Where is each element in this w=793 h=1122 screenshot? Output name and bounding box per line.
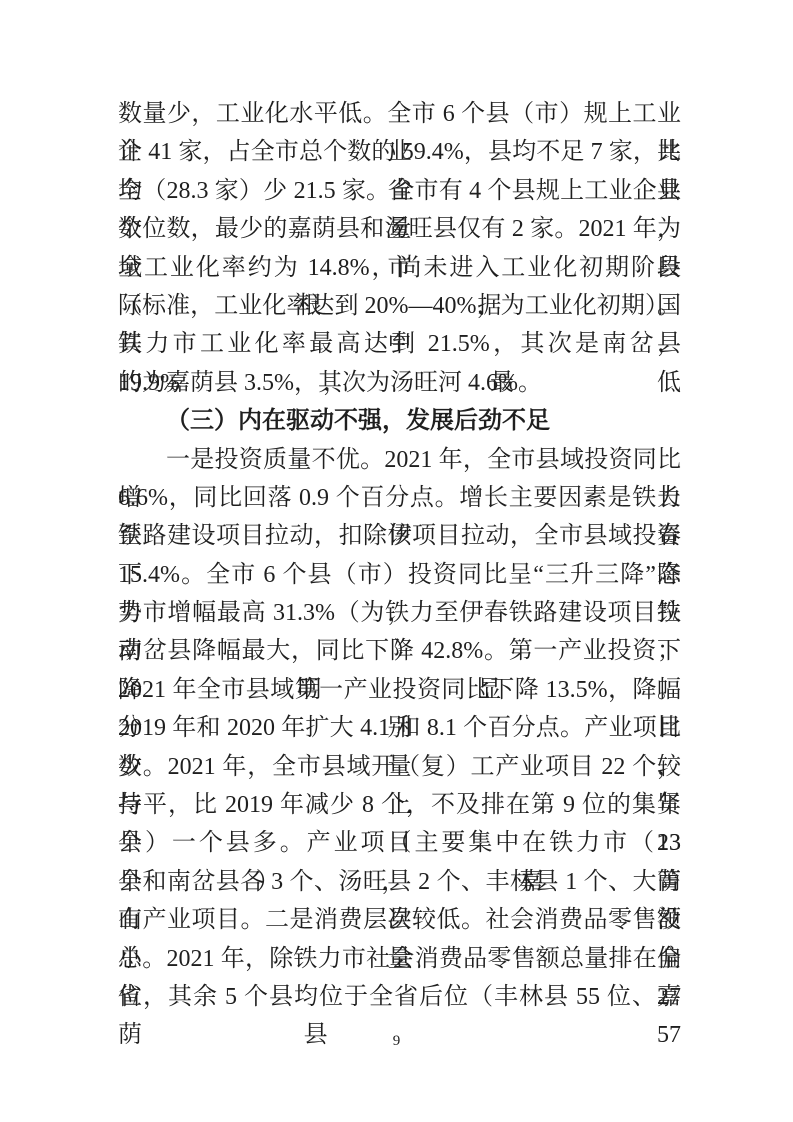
text-line: 计 41 家，占全市总个数的 59.4%，县均不足 7 家，比全省县 [118, 133, 681, 171]
text-line: 少。2021 年，全市县域开（复）工产业项目 22 个，与上年 [118, 748, 681, 786]
page-number: 9 [0, 1030, 793, 1052]
text-line: 2021 年全市县域第一产业投资同比下降 13.5%，降幅分别比 [118, 671, 681, 709]
document-page: 数量少，工业化水平低。全市 6 个县（市）规上工业企业共 计 41 家，占全市总… [0, 0, 793, 1122]
text-line: 铁路建设项目拉动，扣除该项目拉动，全市县域投资下降 [118, 517, 681, 555]
section-heading: （三）内在驱动不强，发展后劲不足 [118, 402, 681, 440]
text-line: 位，其余 5 个县均位于全省后位（丰林县 55 位、嘉荫县 57 [118, 978, 681, 1016]
text-line: 持平，比 2019 年减少 8 个，不及排在第 9 位的集贤县（23 [118, 786, 681, 824]
text-line: 均（28.3 家）少 21.5 家。全市有 4 个县规上工业企业数量为 [118, 172, 681, 210]
text-line: 数量少，工业化水平低。全市 6 个县（市）规上工业企业共 [118, 95, 681, 133]
text-line: 个位数，最少的嘉荫县和汤旺县仅有 2 家。2021 年，全市县 [118, 210, 681, 248]
text-line: 力市增幅最高 31.3%（为铁力至伊春铁路建设项目拉动）； [118, 594, 681, 632]
document-body-text: 数量少，工业化水平低。全市 6 个县（市）规上工业企业共 计 41 家，占全市总… [118, 95, 681, 1016]
text-line: 一是投资质量不优。2021 年，全市县域投资同比增长 [118, 441, 681, 479]
text-line: 6.6%，同比回落 0.9 个百分点。增长主要因素是铁力至伊春 [118, 479, 681, 517]
text-line: 铁力市工业化率最高达到 21.5%，其次是南岔县 19.9%，最低 [118, 325, 681, 363]
text-line: 2019 年和 2020 年扩大 4.1 和 8.1 个百分点。产业项目数量较 [118, 709, 681, 747]
text-line: 县和南岔县各 3 个、汤旺县 2 个、丰林县 1 个、大箐山县没 [118, 863, 681, 901]
text-line: 南岔县降幅最大，同比下降 42.8%。第一产业投资下降明显。 [118, 632, 681, 670]
text-line: 际标准，工业化率达到 20%—40%，为工业化初期）。其中， [118, 287, 681, 325]
text-line: 个）一个县多。产业项目主要集中在铁力市（13 个），嘉荫 [118, 824, 681, 862]
text-line: 小。2021 年，除铁力市社会消费品零售额总量排在全省 27 [118, 940, 681, 978]
text-line: 有产业项目。二是消费层次较低。社会消费品零售额总量偏 [118, 901, 681, 939]
text-line: 域工业化率约为 14.8%，尚未进入工业化初期阶段（根据国 [118, 249, 681, 287]
text-line: 15.4%。全市 6 个县（市）投资同比呈“三升三降”态势，铁 [118, 556, 681, 594]
